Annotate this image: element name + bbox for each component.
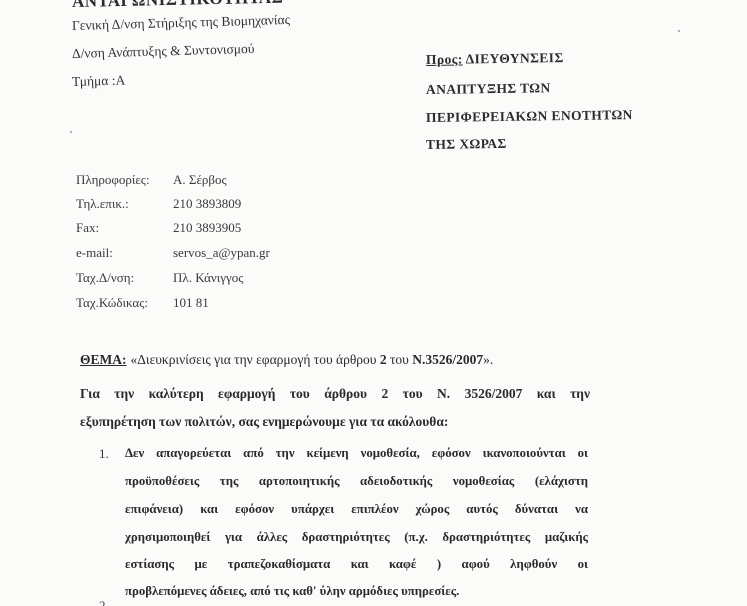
contact-key: Ταχ.Κώδικας: <box>76 295 173 311</box>
contact-email-value: servos_a@ypan.gr <box>173 245 270 261</box>
sender-organization-title: ΑΝΤΑΓΩΝΙΣΤΙΚΟΤΗΤΑΣ <box>72 0 284 12</box>
contact-value: 210 3893905 <box>173 220 241 236</box>
list-item-line: Δεν απαγορεύεται από την κείμενη νομοθεσ… <box>125 446 588 461</box>
list-item-line: χρησιμοποιηθεί για άλλες δραστηριότητες … <box>125 530 588 545</box>
subject-law: Ν.3526/2007 <box>412 352 483 367</box>
subject-text-mid: του <box>387 352 413 367</box>
contact-key: Ταχ.Δ/νση: <box>76 270 173 286</box>
subject-line: ΘΕΜΑ:«Διευκρινίσεις για την εφαρμογή του… <box>80 352 493 368</box>
list-item-line: εστίασης με τραπεζοκαθίσματα και καφέ ) … <box>125 557 588 572</box>
contact-row-info: Πληροφορίες: Α. Σέρβος <box>76 172 227 188</box>
contact-row-postal-code: Ταχ.Κώδικας: 101 81 <box>76 295 209 311</box>
list-item-number: 1. <box>99 446 109 462</box>
sender-directorate: Δ/νση Ανάπτυξης & Συντονισμού <box>72 41 255 62</box>
document-page: ΑΝΤΑΓΩΝΙΣΤΙΚΟΤΗΤΑΣ Γενική Δ/νση Στήριξης… <box>0 0 747 606</box>
sender-general-directorate: Γενική Δ/νση Στήριξης της Βιομηχανίας <box>72 12 290 34</box>
recipient-line-1: Προς: ΔΙΕΥΘΥΝΣΕΙΣ <box>426 50 564 68</box>
recipient-label: Προς: <box>426 51 463 67</box>
list-item-number: 2. <box>99 598 109 606</box>
list-item-line: επιφάνεια) και εφόσον υπάρχει επιπλέον χ… <box>125 502 588 517</box>
contact-value: 101 81 <box>173 295 209 311</box>
scan-speck <box>70 131 72 133</box>
intro-line-2: εξυπηρέτηση των πολιτών, σας ενημερώνουμ… <box>80 414 448 430</box>
recipient-line-2: ΑΝΑΠΤΥΞΗΣ ΤΩΝ <box>426 80 551 98</box>
contact-row-email: e-mail: servos_a@ypan.gr <box>76 245 270 261</box>
recipient-text: ΔΙΕΥΘΥΝΣΕΙΣ <box>466 50 564 66</box>
scan-speck <box>678 30 680 32</box>
list-item-line: προϋποθέσεις της αρτοποιητικής αδειοδοτι… <box>125 474 588 489</box>
list-item-line: προβλεπόμενες άδειες, από τις καθ' ύλην … <box>125 584 588 599</box>
contact-key: Τηλ.επικ.: <box>76 196 173 212</box>
contact-row-fax: Fax: 210 3893905 <box>76 220 241 236</box>
recipient-line-3: ΠΕΡΙΦΕΡΕΙΑΚΩΝ ΕΝΟΤΗΤΩΝ <box>426 107 633 126</box>
contact-value: Πλ. Κάνιγγος <box>173 270 243 286</box>
subject-text-close: ». <box>483 352 493 367</box>
subject-text-open: «Διευκρινίσεις για την εφαρμογή του άρθρ… <box>131 352 380 367</box>
recipient-line-4: ΤΗΣ ΧΩΡΑΣ <box>426 136 507 153</box>
subject-article-number: 2 <box>380 352 387 367</box>
subject-label: ΘΕΜΑ: <box>80 352 127 367</box>
sender-department: Τμήμα :Α <box>72 73 126 90</box>
contact-value: Α. Σέρβος <box>173 172 227 188</box>
intro-line-1: Για την καλύτερη εφαρμογή του άρθρου 2 τ… <box>80 386 590 402</box>
contact-row-address: Ταχ.Δ/νση: Πλ. Κάνιγγος <box>76 270 243 286</box>
contact-row-phone: Τηλ.επικ.: 210 3893809 <box>76 196 241 212</box>
contact-key: Fax: <box>76 220 173 236</box>
contact-key: e-mail: <box>76 245 173 261</box>
contact-key: Πληροφορίες: <box>76 172 173 188</box>
contact-value: 210 3893809 <box>173 196 241 212</box>
